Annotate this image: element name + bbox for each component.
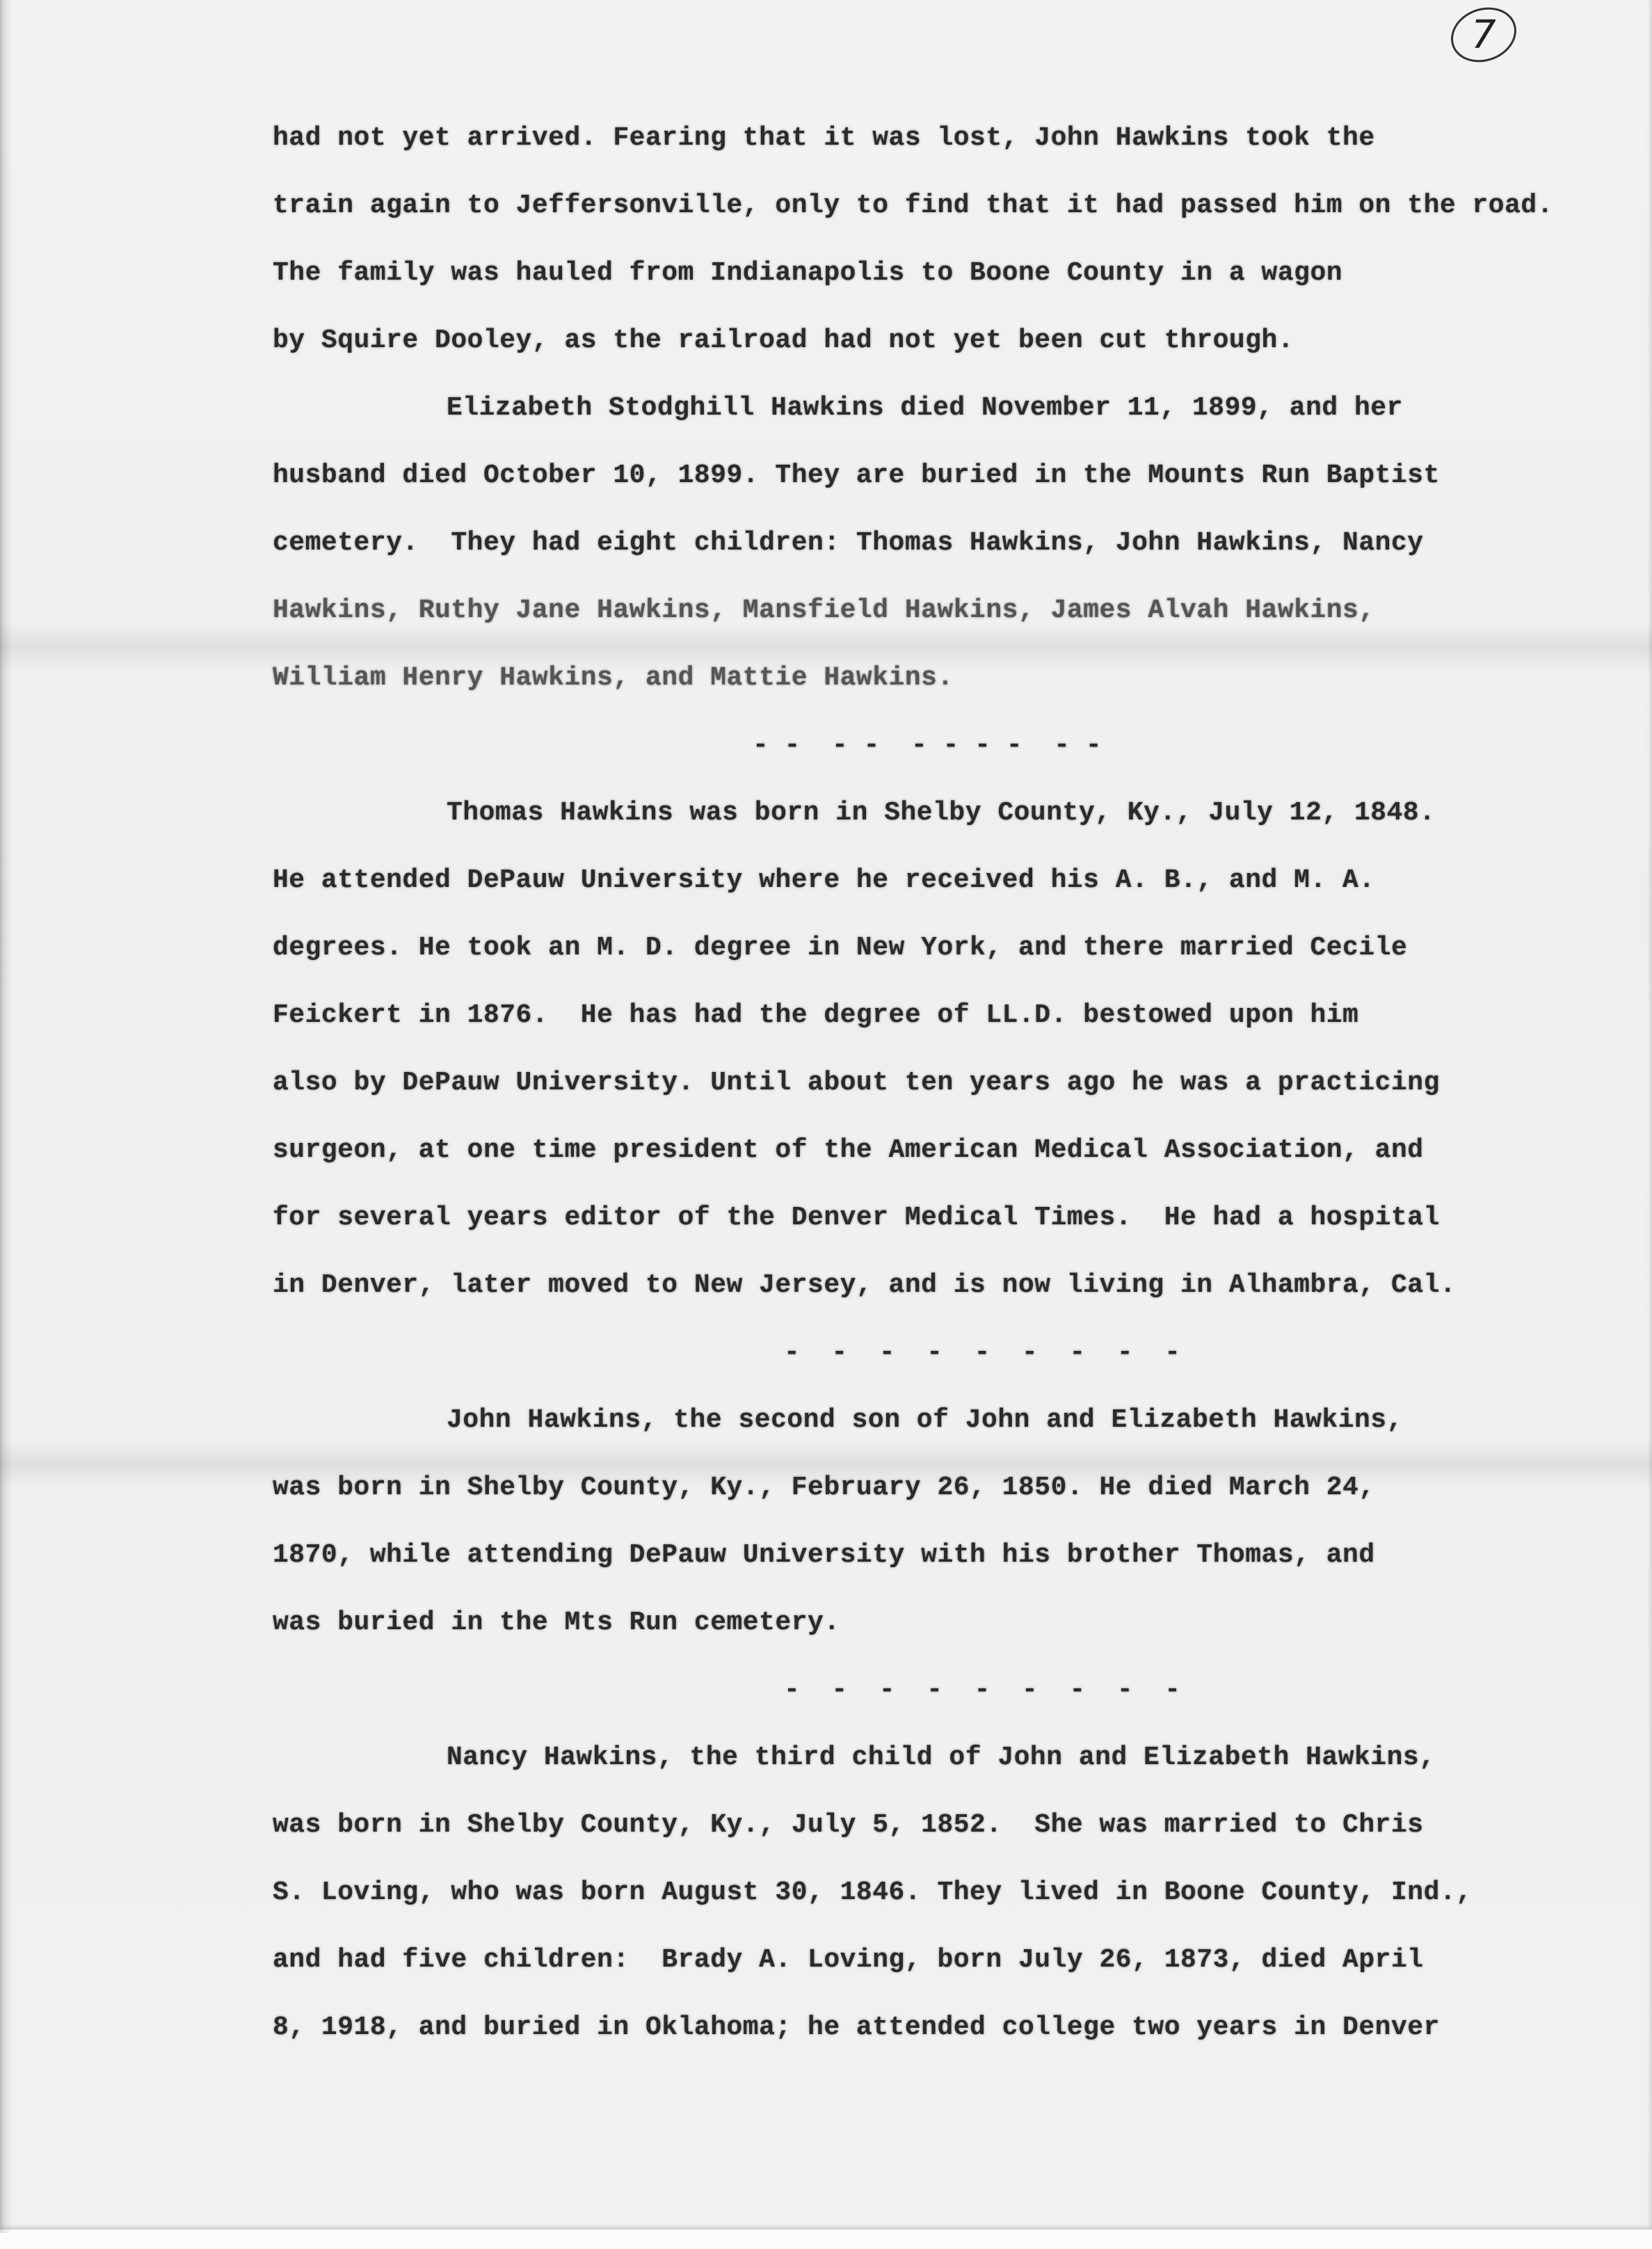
paragraph-john: John Hawkins, the second son of John and… xyxy=(273,1386,1629,1656)
page-bottom-edge xyxy=(0,2230,1652,2249)
text-line: by Squire Dooley, as the railroad had no… xyxy=(273,307,1629,374)
text-line: husband died October 10, 1899. They are … xyxy=(273,442,1629,509)
text-line: cemetery. They had eight children: Thoma… xyxy=(273,509,1629,577)
typewritten-body: had not yet arrived. Fearing that it was… xyxy=(273,104,1629,2061)
text-line: John Hawkins, the second son of John and… xyxy=(273,1386,1629,1454)
section-separator: - - - - - - - - - xyxy=(273,1656,1629,1724)
text-line: S. Loving, who was born August 30, 1846.… xyxy=(273,1859,1629,1926)
text-line: He attended DePauw University where he r… xyxy=(273,847,1629,914)
paragraph-arrival: had not yet arrived. Fearing that it was… xyxy=(273,104,1629,374)
text-line: Nancy Hawkins, the third child of John a… xyxy=(273,1724,1629,1791)
text-line: 8, 1918, and buried in Oklahoma; he atte… xyxy=(273,1994,1629,2061)
text-line: Feickert in 1876. He has had the degree … xyxy=(273,982,1629,1049)
text-line: William Henry Hawkins, and Mattie Hawkin… xyxy=(273,644,1629,712)
text-line: surgeon, at one time president of the Am… xyxy=(273,1117,1629,1184)
text-line: for several years editor of the Denver M… xyxy=(273,1184,1629,1251)
page-left-edge-shadow xyxy=(0,0,13,2233)
text-line: in Denver, later moved to New Jersey, an… xyxy=(273,1251,1629,1319)
section-separator: - - - - - - - - - xyxy=(273,1319,1629,1386)
text-line: The family was hauled from Indianapolis … xyxy=(273,239,1629,307)
text-line: and had five children: Brady A. Loving, … xyxy=(273,1926,1629,1994)
paragraph-thomas: Thomas Hawkins was born in Shelby County… xyxy=(273,779,1629,1319)
text-line: degrees. He took an M. D. degree in New … xyxy=(273,914,1629,982)
text-line: was born in Shelby County, Ky., July 5, … xyxy=(273,1791,1629,1859)
section-separator: - - - - - - - - - - xyxy=(273,712,1629,779)
paragraph-nancy: Nancy Hawkins, the third child of John a… xyxy=(273,1724,1629,2061)
text-line: Hawkins, Ruthy Jane Hawkins, Mansfield H… xyxy=(273,577,1629,644)
text-line: Thomas Hawkins was born in Shelby County… xyxy=(273,779,1629,847)
text-line: Elizabeth Stodghill Hawkins died Novembe… xyxy=(273,374,1629,442)
text-line: train again to Jeffersonville, only to f… xyxy=(273,172,1629,239)
paragraph-elizabeth: Elizabeth Stodghill Hawkins died Novembe… xyxy=(273,374,1629,712)
text-line: was buried in the Mts Run cemetery. xyxy=(273,1589,1629,1656)
text-line: was born in Shelby County, Ky., February… xyxy=(273,1454,1629,1521)
text-line: 1870, while attending DePauw University … xyxy=(273,1521,1629,1589)
text-line: also by DePauw University. Until about t… xyxy=(273,1049,1629,1117)
text-line: had not yet arrived. Fearing that it was… xyxy=(273,104,1629,172)
page-number-value: 7 xyxy=(1471,13,1496,58)
